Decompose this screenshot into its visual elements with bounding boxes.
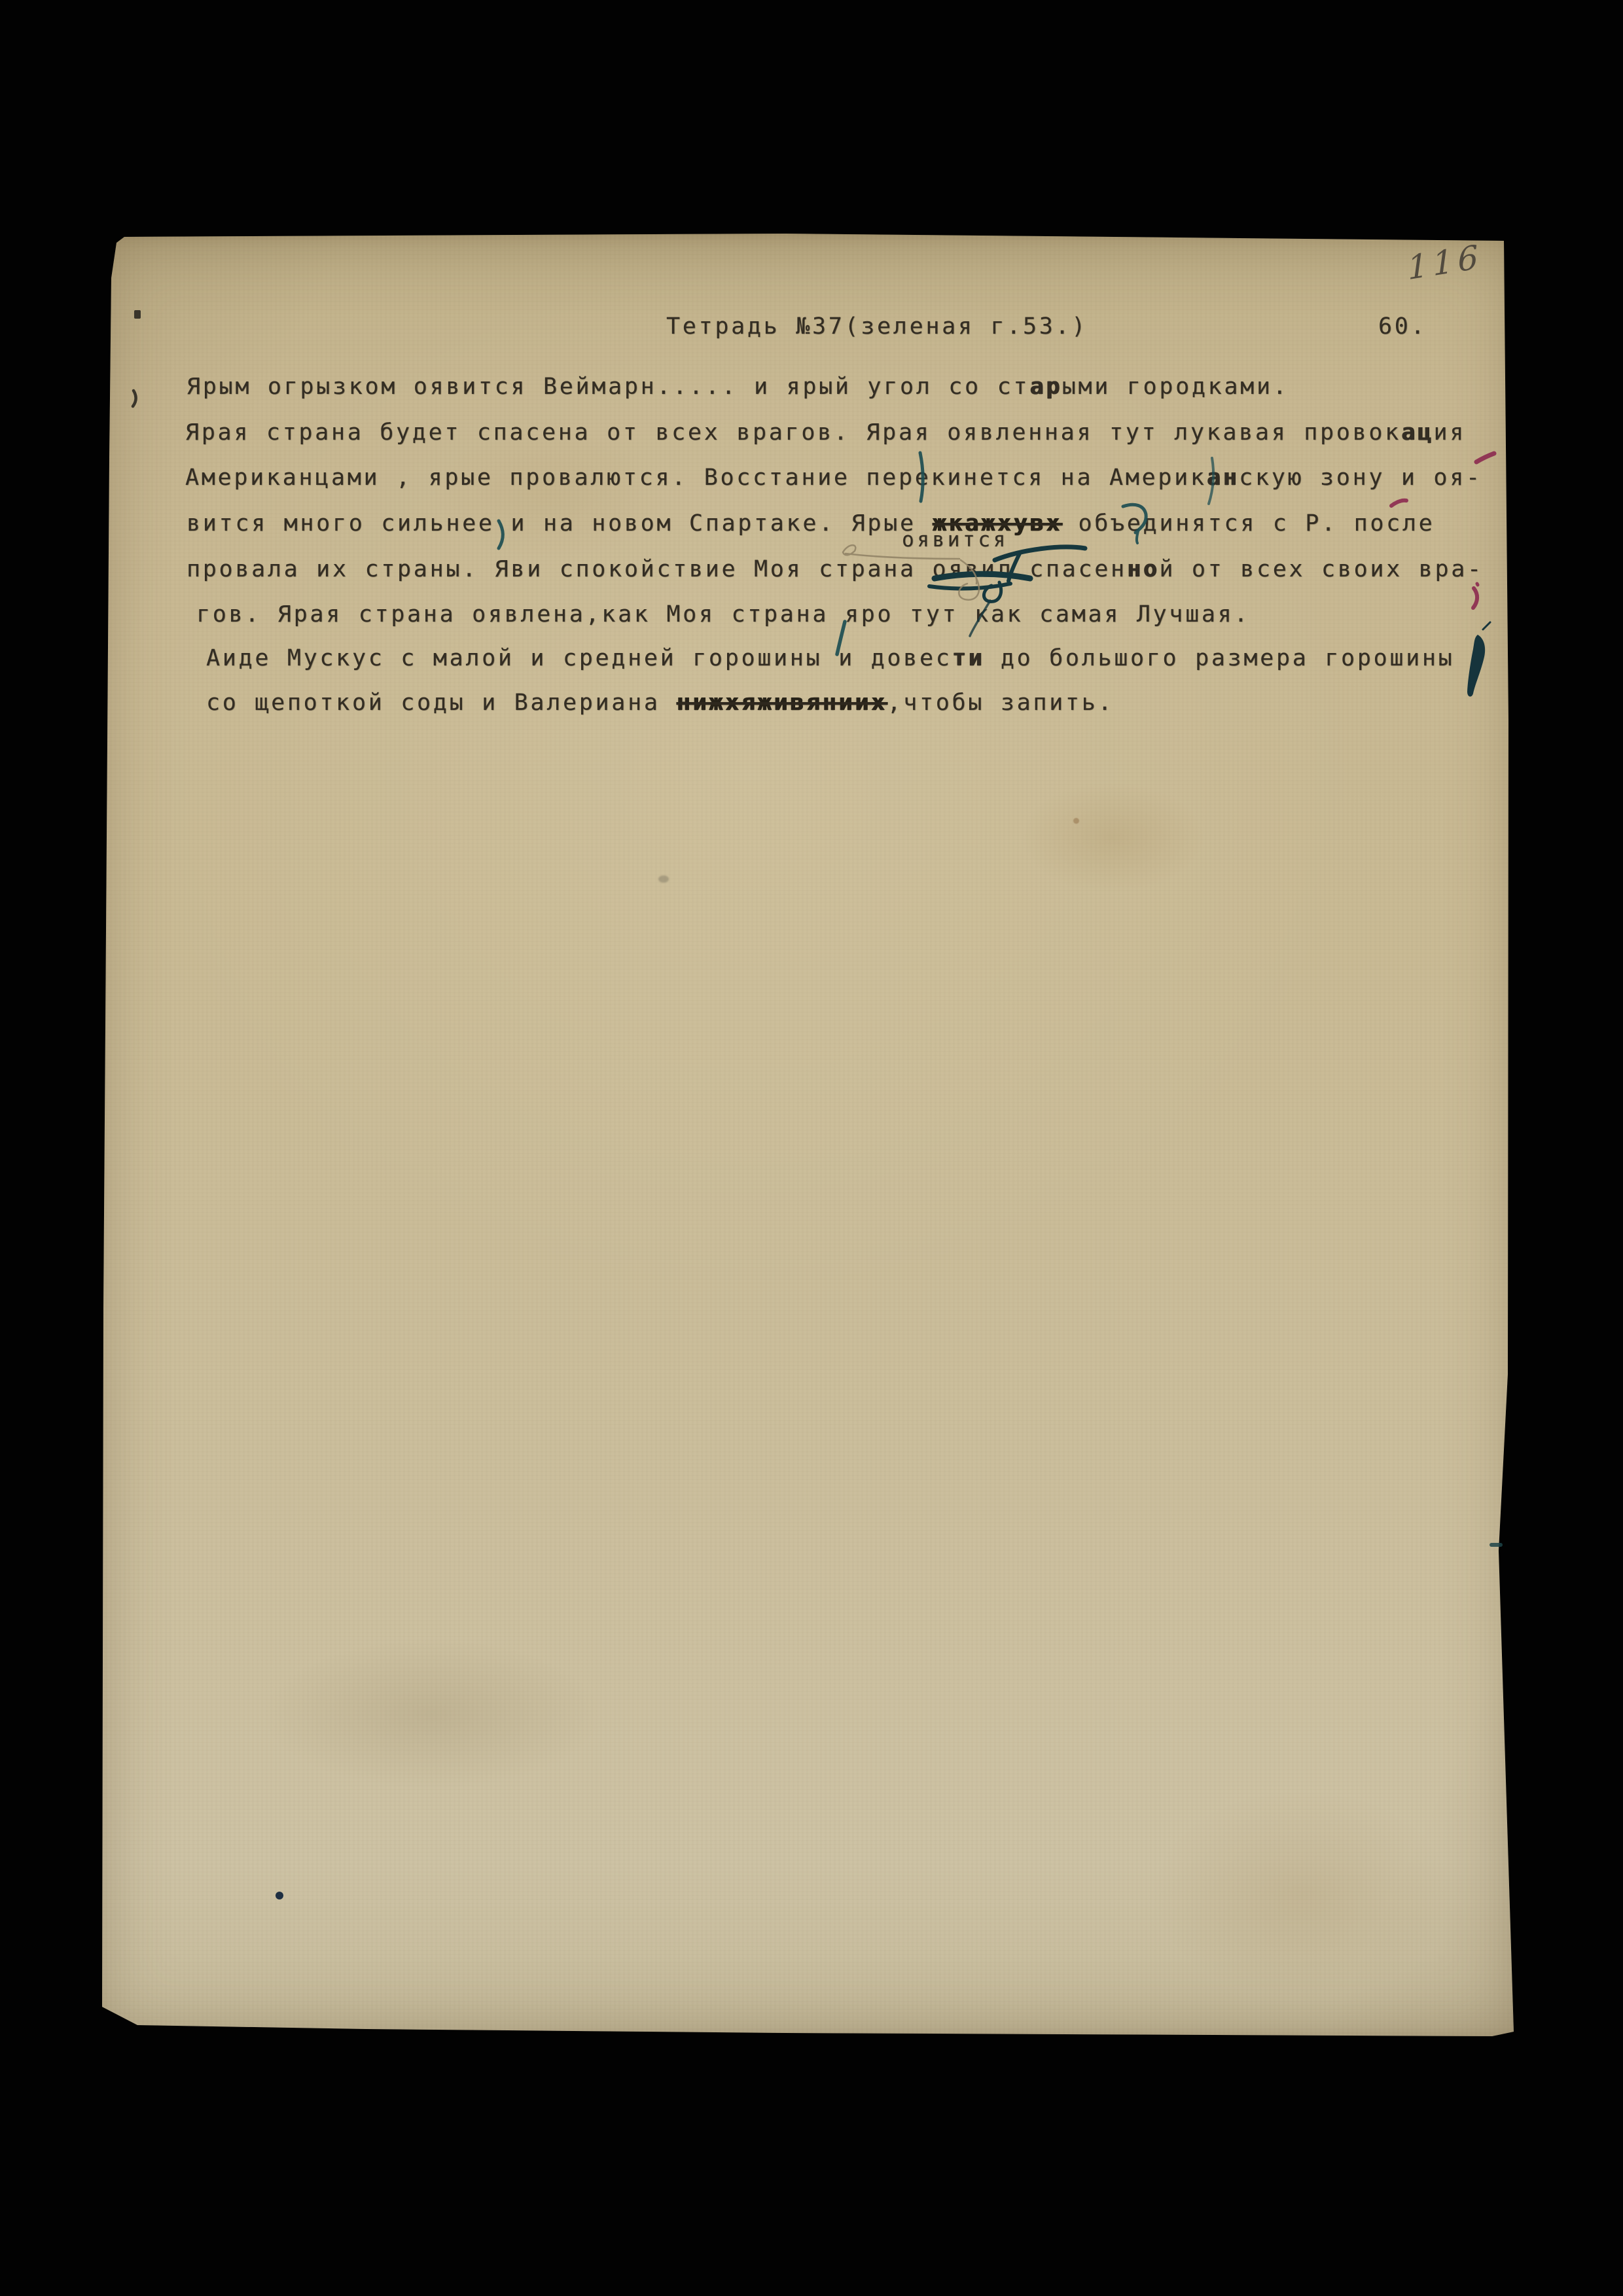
paper-sheet xyxy=(92,232,1525,2041)
typed-line-3: Американцами , ярые провалются. Восстани… xyxy=(185,465,1482,491)
typed-page-number-value: 60. xyxy=(1378,313,1427,340)
typed-line-7: Аиде Мускус с малой и средней горошины и… xyxy=(206,646,1454,671)
struckout-text: нижхяживяниих xyxy=(676,690,887,716)
typed-text: объединятся с Р. после xyxy=(1062,510,1435,537)
typed-text: ыми городками. xyxy=(1062,374,1289,400)
interline-insertion: оявится xyxy=(902,529,1008,552)
typed-text: ,чтобы запить. xyxy=(887,690,1114,716)
typed-text: вится много сильнее и на новом Спартаке.… xyxy=(187,510,933,537)
typed-line-2: Ярая страна будет спасена от всех врагов… xyxy=(185,420,1466,446)
overtyped-text: ти xyxy=(952,645,985,671)
typed-text: ия xyxy=(1433,419,1466,446)
typed-text: до большого размера горошины xyxy=(984,645,1454,671)
typed-line-4: вится много сильнее и на новом Спартаке.… xyxy=(187,511,1435,537)
typed-line-6: гов. Ярая страна оявлена,как Моя страна … xyxy=(196,602,1250,627)
typed-text: гов. Ярая страна оявлена,как Моя страна … xyxy=(196,601,1250,627)
typed-page-number: 60. xyxy=(1378,314,1427,340)
typed-line-8: со щепоткой соды и Валериана нижхяживяни… xyxy=(206,690,1114,716)
typed-text: со щепоткой соды и Валериана xyxy=(206,690,676,716)
overtyped-text: ар xyxy=(1029,374,1062,400)
typed-text: й от всех своих вра- xyxy=(1159,556,1483,582)
typed-text: Американцами , ярые провалются. Восстани… xyxy=(185,465,1207,491)
pen-crossed-text: оявил xyxy=(933,556,1014,582)
typed-text: провала их страны. Яви спокойствие Моя с… xyxy=(187,556,933,582)
typed-text: Ярым огрызком оявится Веймарн..... и яры… xyxy=(187,374,1029,400)
typed-text: Аиде Мускус с малой и средней горошины и… xyxy=(206,645,952,671)
typed-line-1: Ярым огрызком оявится Веймарн..... и яры… xyxy=(187,374,1289,400)
typed-text: оявится xyxy=(902,528,1008,552)
scanned-document-page: 116 Тетрадь №37(зеленая г.53.) 60. Ярым … xyxy=(0,0,1623,2296)
notebook-header-title: Тетрадь №37(зеленая г.53.) xyxy=(666,313,1088,340)
overtyped-text: но xyxy=(1127,556,1160,582)
typed-line-5: провала их страны. Яви спокойствие Моя с… xyxy=(187,557,1484,582)
overtyped-text: ац xyxy=(1401,419,1434,446)
notebook-header: Тетрадь №37(зеленая г.53.) xyxy=(666,314,1088,340)
overtyped-text: ан xyxy=(1207,465,1240,491)
typed-text: скую зону и оя- xyxy=(1239,465,1482,491)
typed-text: Ярая страна будет спасена от всех врагов… xyxy=(185,419,1401,446)
typed-text: спасен xyxy=(1013,556,1126,582)
